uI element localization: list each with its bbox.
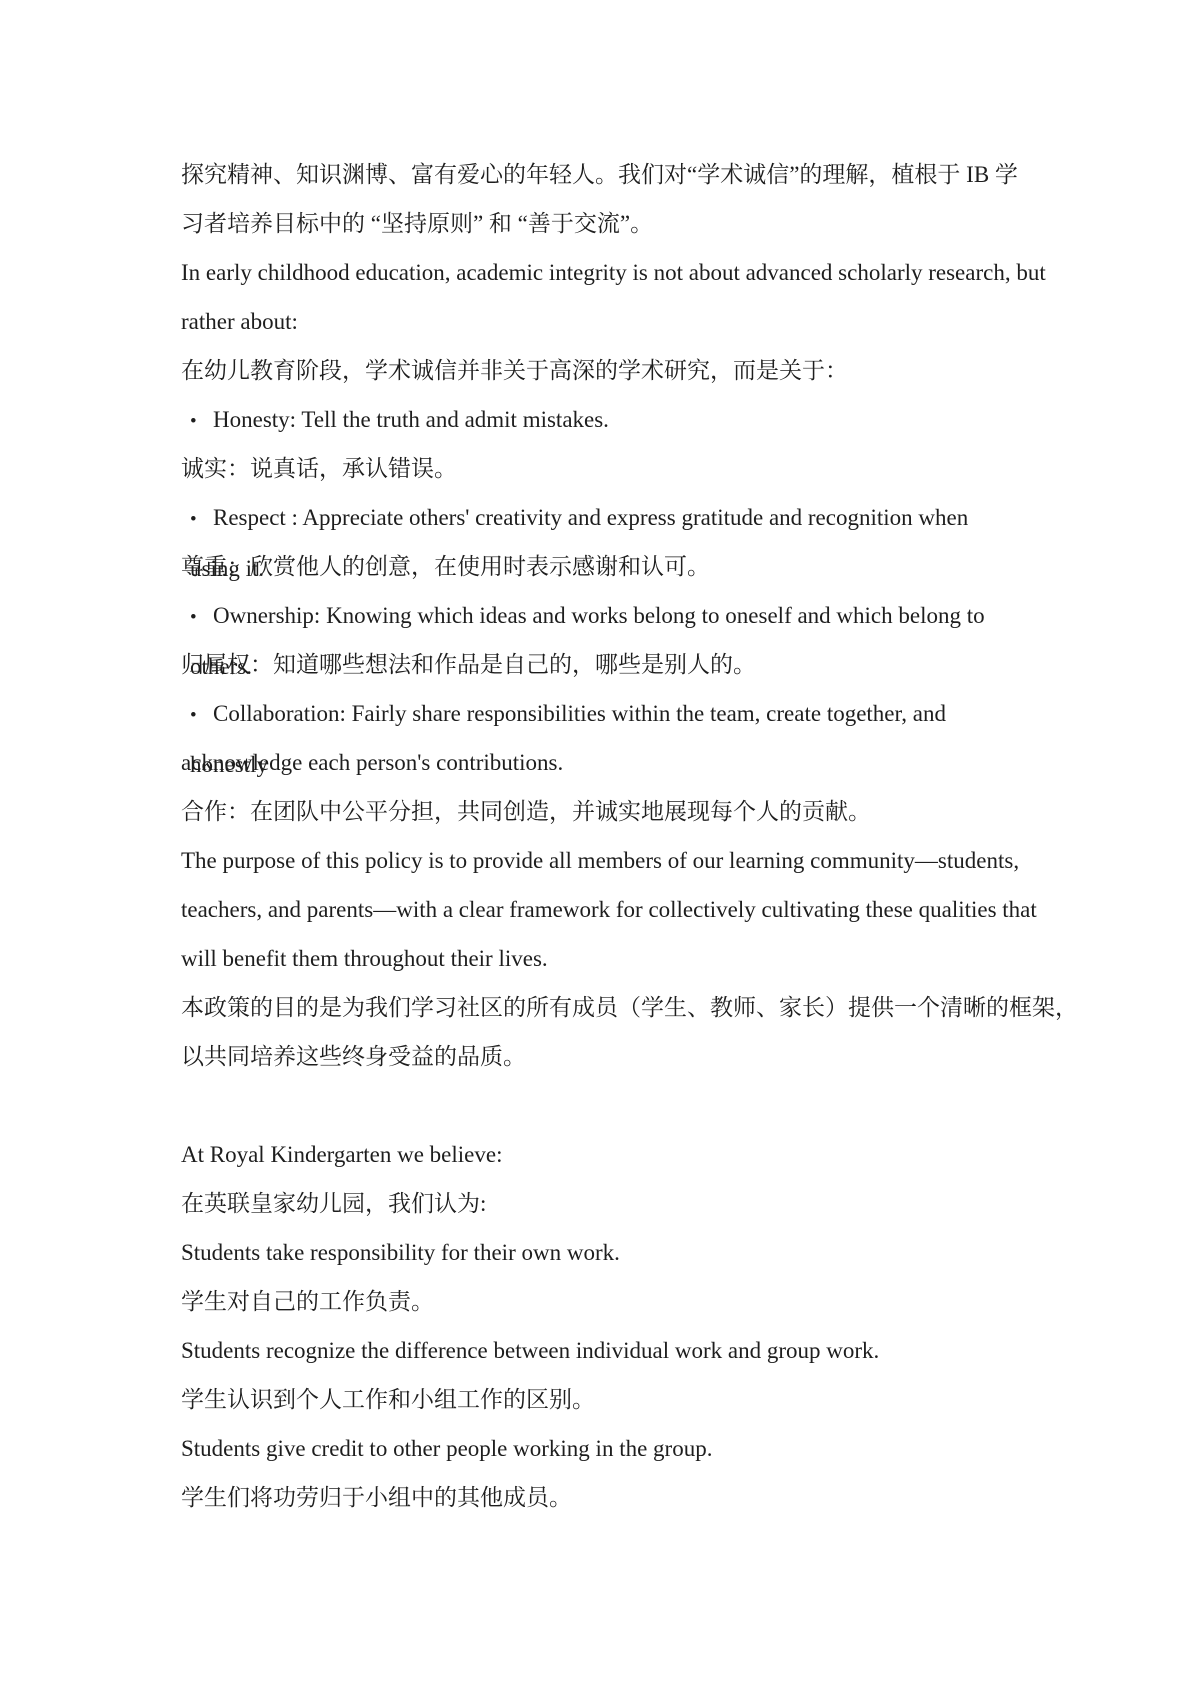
text-line: 本政策的目的是为我们学习社区的所有成员（学生、教师、家长）提供一个清晰的框架，: [181, 983, 1013, 1032]
text-line: 在幼儿教育阶段，学术诚信并非关于高深的学术研究，而是关于：: [181, 346, 1013, 395]
text-line: In early childhood education, academic i…: [181, 248, 1013, 297]
text-line: The purpose of this policy is to provide…: [181, 836, 1013, 885]
text-line: 学生对自己的工作负责。: [181, 1277, 1013, 1326]
bullet-icon: •: [190, 397, 213, 446]
bullet-list-item: •Respect : Appreciate others' creativity…: [181, 493, 1013, 542]
document-content: 探究精神、知识渊博、富有爱心的年轻人。我们对“学术诚信”的理解，植根于 IB 学…: [181, 150, 1013, 1522]
bullet-icon: •: [190, 593, 213, 642]
text-line: rather about:: [181, 297, 1013, 346]
bullet-list-item: •Honesty: Tell the truth and admit mista…: [181, 395, 1013, 444]
text-line: Students give credit to other people wor…: [181, 1424, 1013, 1473]
bullet-icon: •: [190, 495, 213, 544]
text-line: acknowledge each person's contributions.: [181, 738, 1013, 787]
text-line: 在英联皇家幼儿园，我们认为:: [181, 1179, 1013, 1228]
bullet-list-item: •Collaboration: Fairly share responsibil…: [181, 689, 1013, 738]
text-line: 学生认识到个人工作和小组工作的区别。: [181, 1375, 1013, 1424]
text-line: will benefit them throughout their lives…: [181, 934, 1013, 983]
blank-line: [181, 1081, 1013, 1130]
text-line: 尊重：欣赏他人的创意，在使用时表示感谢和认可。: [181, 542, 1013, 591]
bullet-icon: •: [190, 691, 213, 740]
text-line: 诚实：说真话，承认错误。: [181, 444, 1013, 493]
bullet-line-text: Honesty: Tell the truth and admit mistak…: [213, 407, 609, 432]
text-line: 学生们将功劳归于小组中的其他成员。: [181, 1473, 1013, 1522]
bullet-list-item: •Ownership: Knowing which ideas and work…: [181, 591, 1013, 640]
text-line: teachers, and parents—with a clear frame…: [181, 885, 1013, 934]
text-line: 探究精神、知识渊博、富有爱心的年轻人。我们对“学术诚信”的理解，植根于 IB 学: [181, 150, 1013, 199]
text-line: Students recognize the difference betwee…: [181, 1326, 1013, 1375]
text-line: 合作：在团队中公平分担，共同创造，并诚实地展现每个人的贡献。: [181, 787, 1013, 836]
document-page: 探究精神、知识渊博、富有爱心的年轻人。我们对“学术诚信”的理解，植根于 IB 学…: [0, 0, 1190, 1683]
text-line: 以共同培养这些终身受益的品质。: [181, 1032, 1013, 1081]
text-line: 习者培养目标中的 “坚持原则” 和 “善于交流”。: [181, 199, 1013, 248]
text-line: 归属权：知道哪些想法和作品是自己的，哪些是别人的。: [181, 640, 1013, 689]
text-line: At Royal Kindergarten we believe:: [181, 1130, 1013, 1179]
text-line: Students take responsibility for their o…: [181, 1228, 1013, 1277]
